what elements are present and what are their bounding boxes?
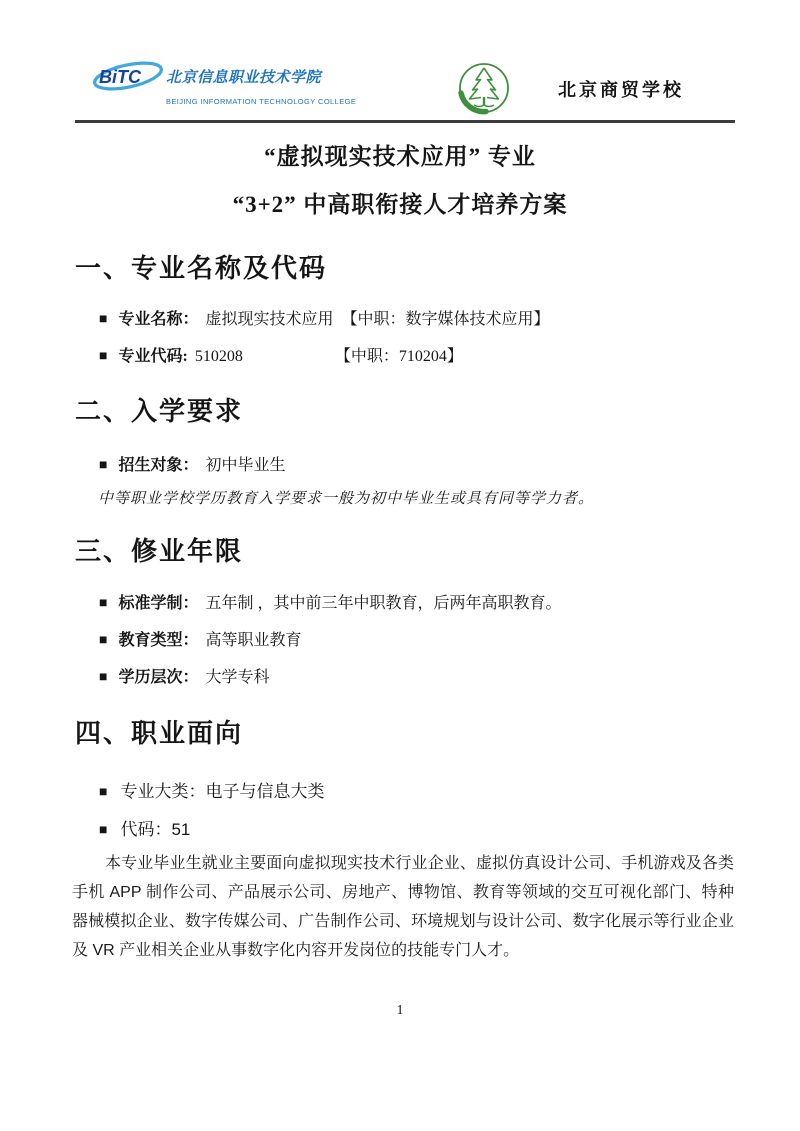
square-bullet-icon: ■ [99, 349, 107, 365]
degree-level-value: 大学专科 [205, 669, 269, 686]
education-type-label: 教育类型： [118, 632, 198, 649]
square-bullet-icon: ■ [99, 783, 107, 799]
category-code-row: ■代码：51 [99, 815, 190, 840]
major-category-row: ■专业大类：电子与信息大类 [99, 777, 324, 802]
major-code-value: 510208 [195, 348, 243, 365]
major-category-text: 专业大类：电子与信息大类 [120, 782, 324, 801]
doc-title-line2: “3+2” 中高职衔接人才培养方案 [0, 186, 800, 219]
degree-level-label: 学历层次： [118, 669, 198, 686]
partner-school-block: 北京商贸学校 [456, 60, 684, 118]
header-divider-rule [75, 120, 735, 123]
enrollment-target-value: 初中毕业生 [205, 457, 285, 474]
major-code-row: ■专业代码:510208【中职：710204】 [99, 343, 463, 366]
square-bullet-icon: ■ [99, 596, 107, 612]
enrollment-note: 中等职业学校学历教育入学要求一般为初中毕业生或具有同等学力者。 [98, 487, 594, 508]
standard-length-label: 标准学制： [118, 595, 198, 612]
major-name-row: ■专业名称：虚拟现实技术应用【中职：数字媒体技术应用】 [99, 306, 550, 329]
square-bullet-icon: ■ [99, 670, 107, 686]
section-1-heading: 一、专业名称及代码 [75, 248, 327, 285]
major-name-label: 专业名称： [118, 311, 198, 328]
major-name-value: 虚拟现实技术应用 [205, 311, 333, 328]
partner-school-name: 北京商贸学校 [558, 76, 684, 102]
square-bullet-icon: ■ [99, 458, 107, 474]
doc-title-line1: “虚拟现实技术应用” 专业 [0, 138, 800, 171]
square-bullet-icon: ■ [99, 633, 107, 649]
bitc-en-name: BEIJING INFORMATION TECHNOLOGY COLLEGE [166, 97, 356, 106]
bitc-cn-name: 北京信息职业技术学院 [166, 66, 321, 87]
category-code-text: 代码：51 [120, 820, 190, 839]
bitc-swoosh-icon: BiTC [92, 56, 164, 96]
page-number: 1 [0, 1003, 800, 1019]
bitc-logo: BiTC 北京信息职业技术学院 BEIJING INFORMATION TECH… [92, 56, 356, 106]
major-code-bracket: 【中职：710204】 [335, 348, 463, 365]
major-name-bracket: 【中职：数字媒体技术应用】 [342, 311, 550, 328]
bitc-logo-top: BiTC 北京信息职业技术学院 [92, 56, 356, 96]
employment-orientation-paragraph: 本专业毕业生就业主要面向虚拟现实技术行业企业、虚拟仿真设计公司、手机游戏及各类手… [72, 849, 734, 965]
degree-level-row: ■学历层次：大学专科 [99, 664, 270, 687]
major-code-label: 专业代码: [118, 348, 187, 365]
section-4-heading: 四、职业面向 [75, 713, 243, 750]
document-page: BiTC 北京信息职业技术学院 BEIJING INFORMATION TECH… [0, 0, 800, 1131]
standard-length-row: ■标准学制：五年制 ，其中前三年中职教育，后两年高职教育。 [99, 590, 562, 613]
page-header: BiTC 北京信息职业技术学院 BEIJING INFORMATION TECH… [72, 56, 728, 118]
enrollment-target-row: ■招生对象：初中毕业生 [99, 452, 286, 475]
standard-length-value: 五年制 ，其中前三年中职教育，后两年高职教育。 [205, 595, 561, 612]
enrollment-target-label: 招生对象： [118, 457, 198, 474]
square-bullet-icon: ■ [99, 312, 107, 328]
bitc-acronym: BiTC [99, 67, 142, 87]
pine-tree-emblem-icon [456, 60, 512, 118]
section-2-heading: 二、入学要求 [75, 391, 243, 428]
section-3-heading: 三、修业年限 [75, 531, 243, 568]
square-bullet-icon: ■ [99, 821, 107, 837]
education-type-row: ■教育类型：高等职业教育 [99, 627, 302, 650]
education-type-value: 高等职业教育 [205, 632, 301, 649]
